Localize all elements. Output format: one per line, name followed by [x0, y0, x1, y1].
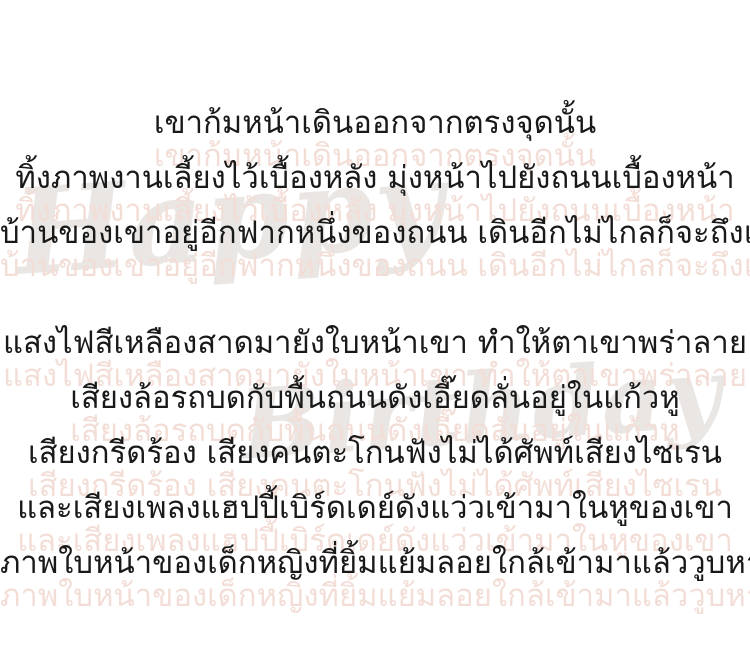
story-line-text: แสงไฟสีเหลืองสาดมายังใบหน้าเขา ทำให้ตาเข…	[3, 325, 747, 361]
story-line-text: ทิ้งภาพงานเลี้ยงไว้เบื้องหลัง มุ่งหน้าไป…	[15, 160, 734, 196]
story-page: Happy Birthday เขาก้มหน้าเดินออกจากตรงจุ…	[0, 0, 750, 650]
story-line: และเสียงเพลงแฮปปี้เบิร์ดเดย์ดังแว่วเข้าม…	[0, 481, 750, 536]
story-line-text: และเสียงเพลงแฮปปี้เบิร์ดเดย์ดังแว่วเข้าม…	[17, 490, 733, 526]
story-text-block: เขาก้มหน้าเดินออกจากตรงจุดนั้น เขาก้มหน้…	[0, 96, 750, 591]
story-line: เสียงล้อรถบดกับพื้นถนนดังเอี๊ยดลั่นอยู่ใ…	[0, 371, 750, 426]
story-line-text: ภาพใบหน้าของเด็กหญิงที่ยิ้มแย้มลอยใกล้เข…	[0, 545, 750, 581]
story-line-text: เขาก้มหน้าเดินออกจากตรงจุดนั้น	[154, 105, 596, 141]
story-line: เสียงกรีดร้อง เสียงคนตะโกนฟังไม่ได้ศัพท์…	[0, 426, 750, 481]
story-line: ภาพใบหน้าของเด็กหญิงที่ยิ้มแย้มลอยใกล้เข…	[0, 536, 750, 591]
story-line: แสงไฟสีเหลืองสาดมายังใบหน้าเขา ทำให้ตาเข…	[0, 316, 750, 371]
story-line-text: เสียงล้อรถบดกับพื้นถนนดังเอี๊ยดลั่นอยู่ใ…	[70, 380, 680, 416]
story-line-text: บ้านของเขาอยู่อีกฟากหนึ่งของถนน เดินอีกไ…	[0, 215, 750, 251]
story-line: เขาก้มหน้าเดินออกจากตรงจุดนั้น เขาก้มหน้…	[0, 96, 750, 151]
story-line: ทิ้งภาพงานเลี้ยงไว้เบื้องหลัง มุ่งหน้าไป…	[0, 151, 750, 206]
story-line-text: เสียงกรีดร้อง เสียงคนตะโกนฟังไม่ได้ศัพท์…	[28, 435, 722, 471]
story-line: บ้านของเขาอยู่อีกฟากหนึ่งของถนน เดินอีกไ…	[0, 206, 750, 261]
